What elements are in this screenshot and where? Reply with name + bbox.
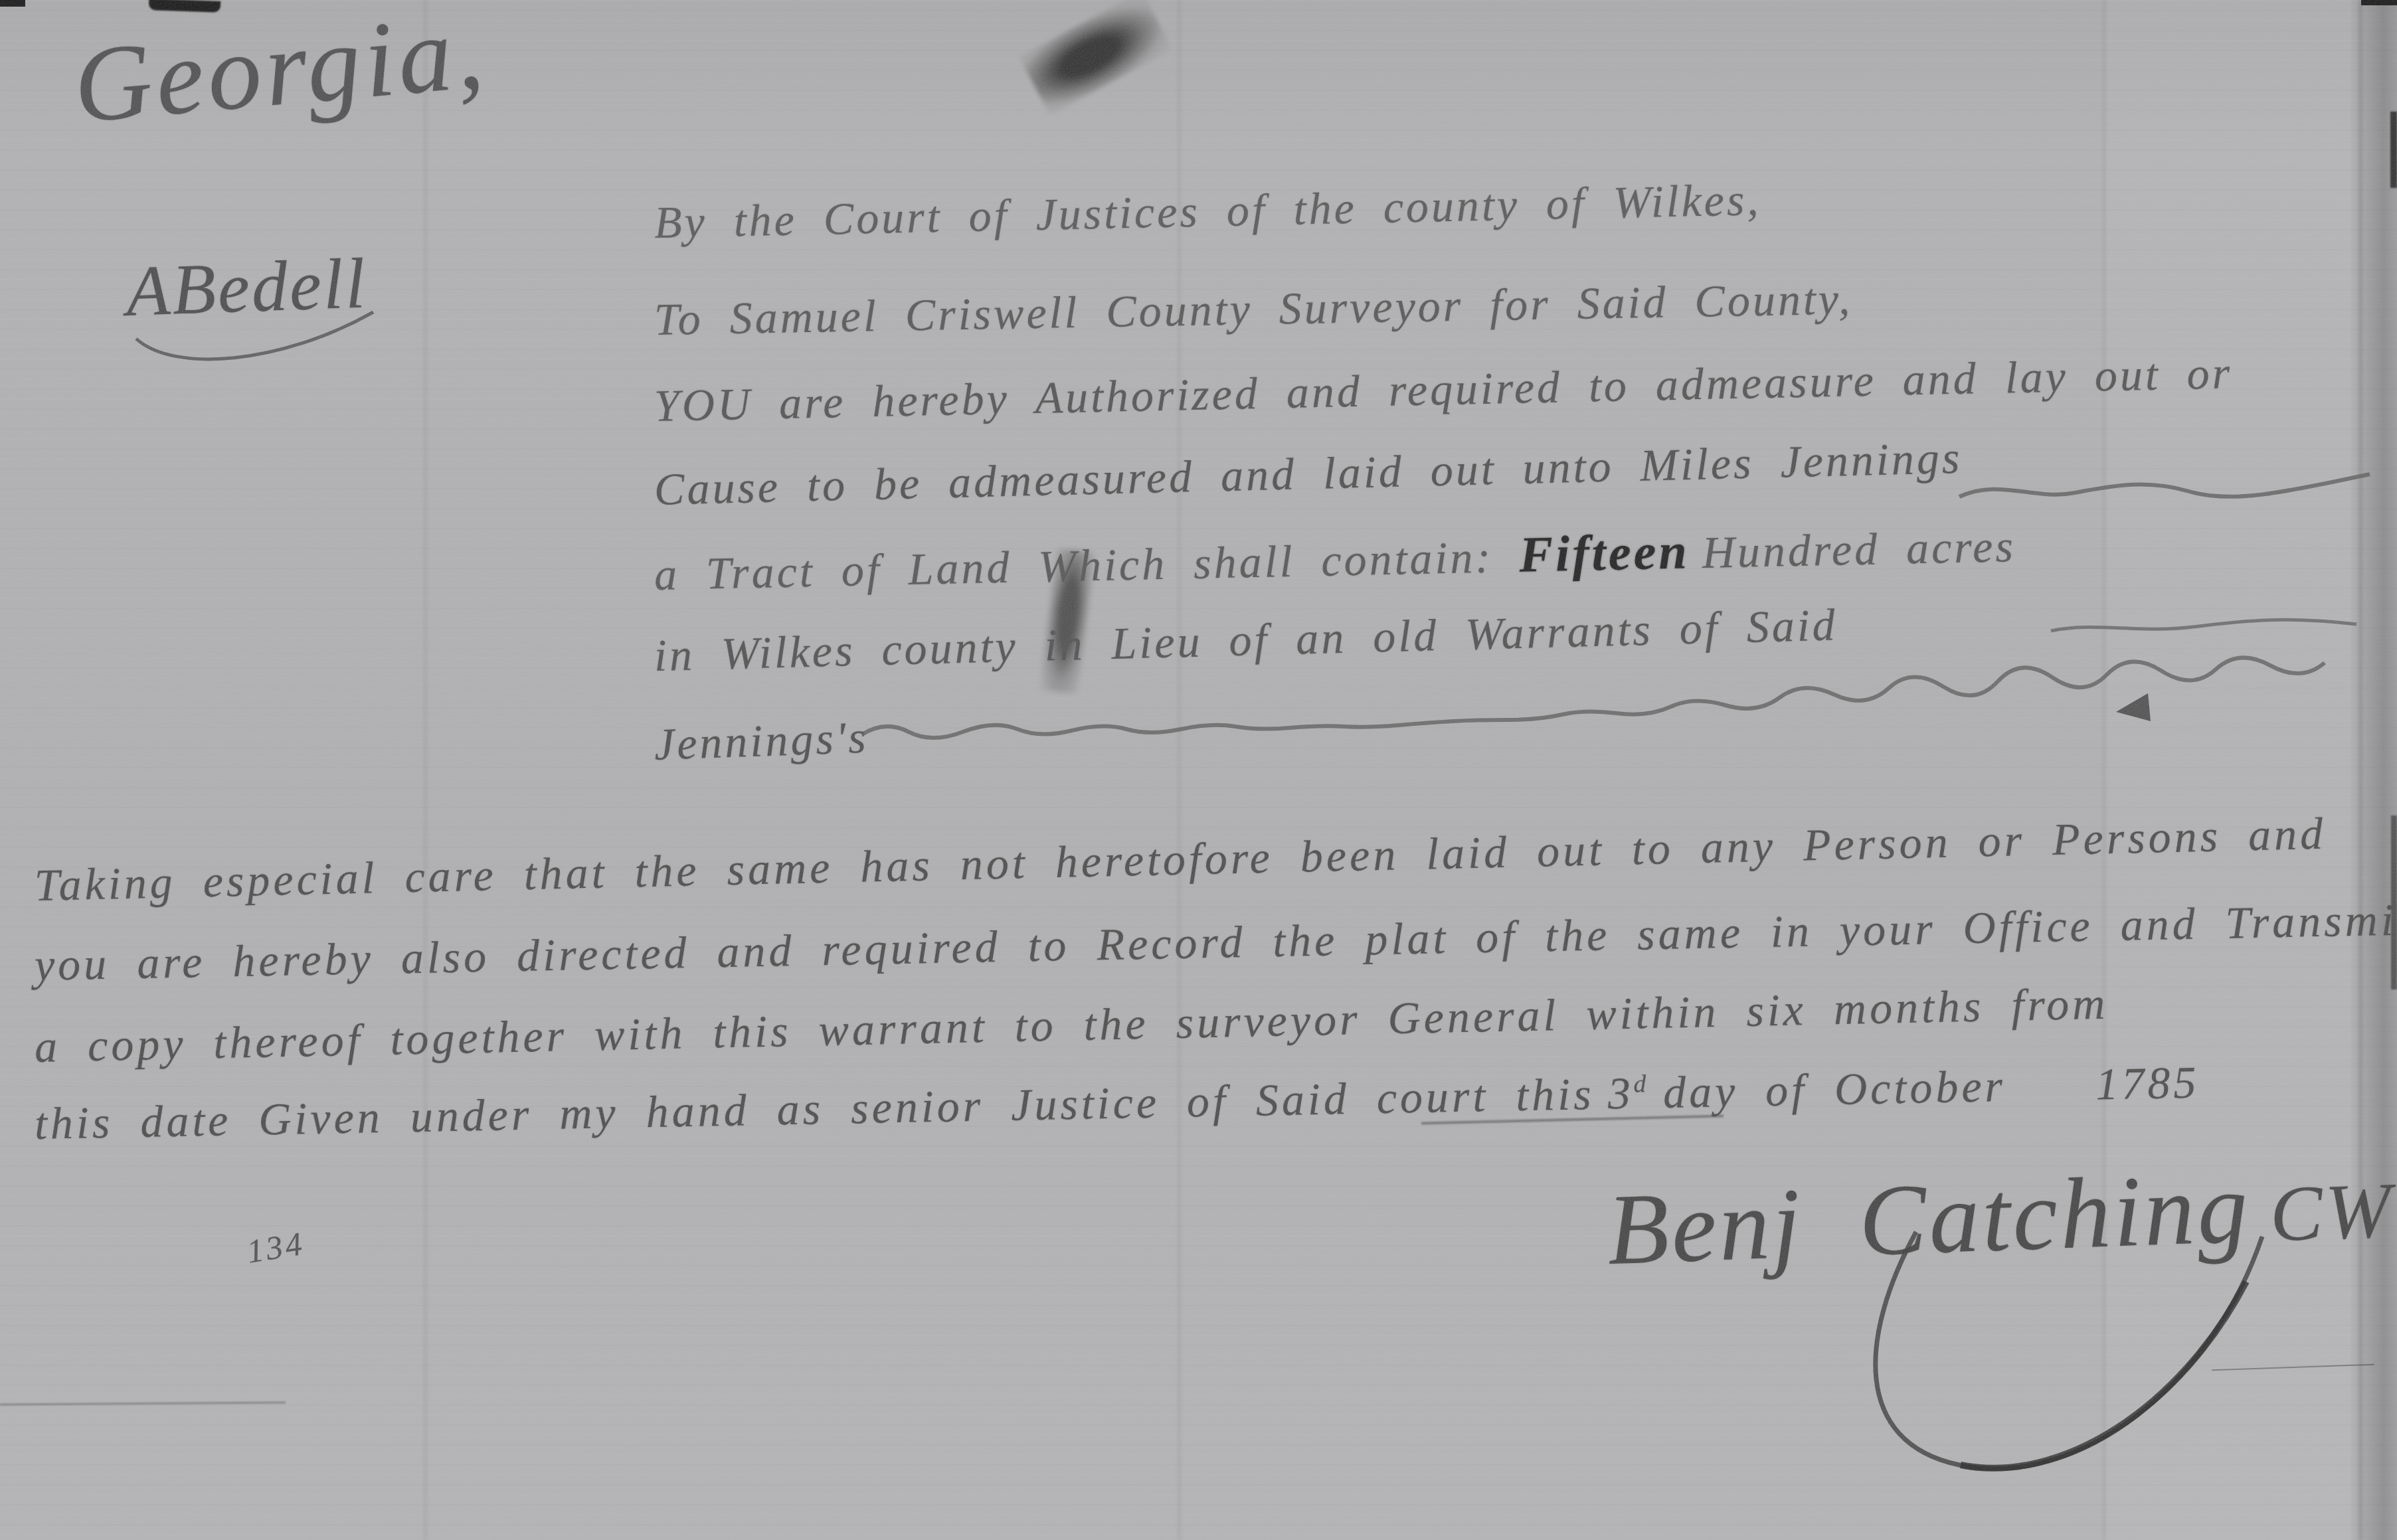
warrant-addressee-line: To Samuel Criswell County Surveyor for S…	[654, 273, 1852, 346]
scanned-document: { "page": { "state": "Georgia,", "justic…	[0, 0, 2397, 1540]
warrant-order-line-1: YOU are hereby Authorized and required t…	[654, 347, 2233, 432]
tract-line-prefix: a Tract of Land Which shall contain:	[654, 532, 1493, 600]
paper-crease-left	[424, 0, 427, 1540]
clause-line-4: this date Given under my hand as senior …	[34, 1056, 2200, 1150]
tract-line-suffix: Hundred acres	[1702, 521, 2016, 578]
day-superscript: d	[1633, 1070, 1649, 1098]
tract-amount: Fifteen	[1518, 523, 1690, 582]
clause-line-2: you are hereby also directed and require…	[34, 893, 2397, 991]
paper-background: Georgia, ABedell By the Court of Justice…	[0, 0, 2397, 1540]
clause-line-4-prefix: this date Given under my hand as senior …	[34, 1069, 1595, 1149]
day-value: 3d	[1607, 1067, 1650, 1118]
grantee-name-line: Jennings's	[654, 711, 869, 771]
state-heading: Georgia,	[69, 0, 491, 149]
justice-signature: ABedell	[125, 242, 369, 333]
top-left-ink-mark	[149, 0, 221, 13]
torn-right-edge	[2349, 0, 2397, 1540]
warrant-tract-line: a Tract of Land Which shall contain:Fift…	[654, 516, 2016, 602]
scan-edge-mark	[0, 0, 25, 7]
warrant-county-line: in Wilkes county in Lieu of an old Warra…	[654, 598, 1838, 682]
clerk-signature-name: Benj Catching	[1605, 1152, 2252, 1286]
year-value: 1785	[2095, 1057, 2199, 1109]
pencil-line	[0, 1401, 286, 1405]
top-right-edge-mark	[2361, 0, 2397, 5]
torn-right-edge-line	[2358, 0, 2362, 1540]
paper-light-band	[2105, 0, 2351, 1540]
clause-line-4-middle: day of October	[1662, 1061, 2006, 1118]
clause-line-3: a copy thereof together with this warran…	[34, 978, 2109, 1073]
page-number: 134	[244, 1224, 307, 1271]
warrant-order-line-2: Cause to be admeasured and laid out unto…	[654, 432, 1963, 516]
clerk-title: CWC	[2269, 1164, 2397, 1258]
ink-blot	[1019, 0, 1173, 115]
warrant-court-line: By the Court of Justices of the county o…	[654, 173, 1761, 249]
right-edge-dark-mark-top	[2390, 112, 2397, 188]
